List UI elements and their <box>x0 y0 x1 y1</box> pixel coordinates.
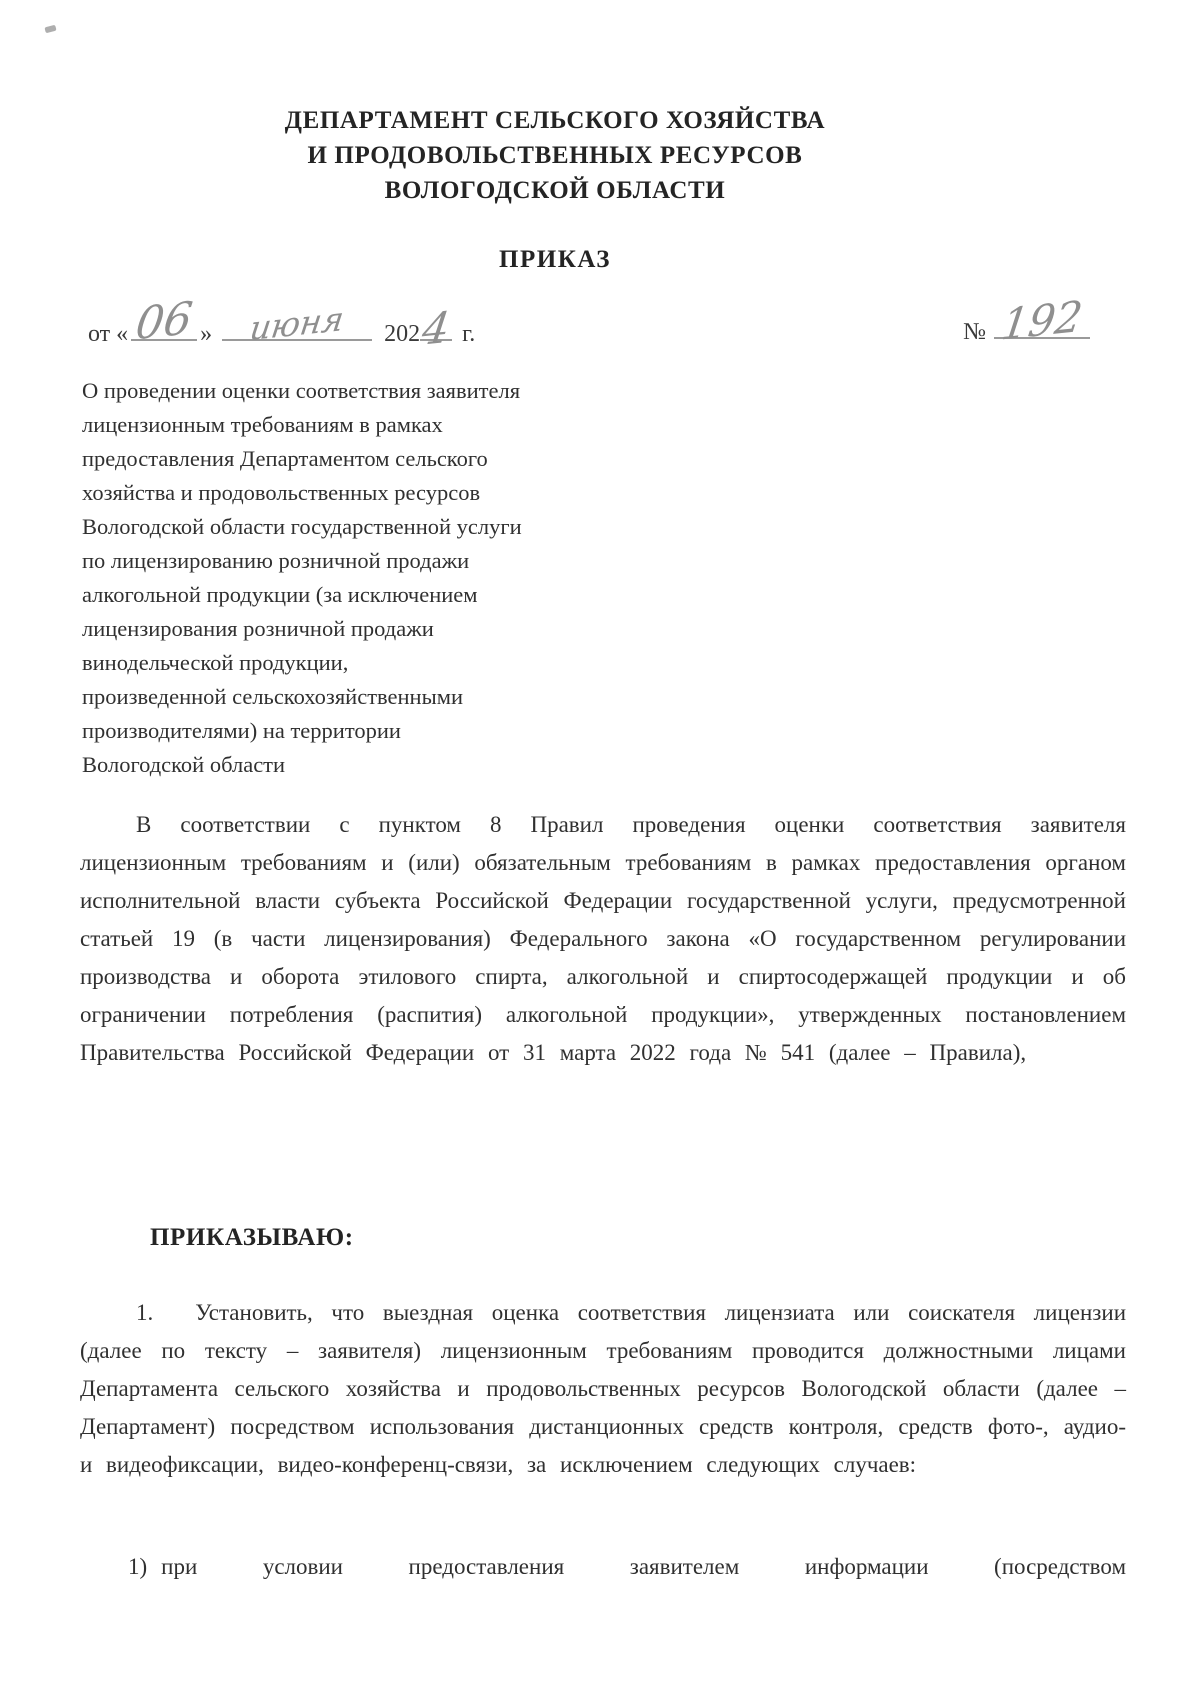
subject-line: предоставления Департаментом сельского <box>82 442 722 476</box>
year-blank-line: 4 <box>420 315 452 341</box>
scan-artifact-mark <box>44 25 56 34</box>
subject-line: алкогольной продукции (за исключением <box>82 578 722 612</box>
order-item-1-number: 1. <box>136 1300 153 1325</box>
order-subitem-1-number: 1) <box>128 1554 147 1579</box>
subject-line: Вологодской области <box>82 748 722 782</box>
order-subitem-1: 1)при условии предоставления заявителем … <box>80 1548 1126 1586</box>
decree-word: ПРИКАЗЫВАЮ: <box>150 1224 354 1252</box>
subject-line: хозяйства и продовольственных ресурсов <box>82 476 722 510</box>
day-blank-line: 06 <box>131 315 197 341</box>
date-and-number-row: от «06»июня2024г. №192 <box>88 292 1136 356</box>
document-number-group: №192 <box>963 313 1090 346</box>
organization-name: ДЕПАРТАМЕНТ СЕЛЬСКОГО ХОЗЯЙСТВА И ПРОДОВ… <box>80 103 1030 208</box>
order-item-1: 1.Установить, что выездная оценка соотве… <box>80 1294 1126 1484</box>
handwritten-year-digit: 4 <box>419 302 453 355</box>
subject-line: О проведении оценки соответствия заявите… <box>82 374 722 408</box>
scanned-order-page: ДЕПАРТАМЕНТ СЕЛЬСКОГО ХОЗЯЙСТВА И ПРОДОВ… <box>0 0 1200 1697</box>
month-blank-line: июня <box>222 315 372 341</box>
number-blank-line: 192 <box>994 313 1090 339</box>
subject-line: лицензирования розничной продажи <box>82 612 722 646</box>
organization-name-line-3: ВОЛОГОДСКОЙ ОБЛАСТИ <box>80 173 1030 208</box>
document-type-title: ПРИКАЗ <box>80 246 1030 274</box>
preamble-paragraph: В соответствии с пунктом 8 Правил провед… <box>80 806 1126 1072</box>
subject-line: производителями) на территории <box>82 714 722 748</box>
year-suffix-label: г. <box>462 321 475 347</box>
date-prefix-label: от « <box>88 321 128 347</box>
subject-line: произведенной сельскохозяйственными <box>82 680 722 714</box>
date-closing-quote: » <box>200 321 212 347</box>
handwritten-day: 06 <box>133 293 196 351</box>
subject-line: Вологодской области государственной услу… <box>82 510 722 544</box>
handwritten-document-number: 192 <box>999 291 1086 349</box>
number-sign: № <box>963 319 986 345</box>
date-group: от «06»июня2024г. <box>88 315 475 348</box>
subject-line: по лицензированию розничной продажи <box>82 544 722 578</box>
order-item-1-text: Установить, что выездная оценка соответс… <box>80 1300 1126 1477</box>
subject-line: лицензионным требованиям в рамках <box>82 408 722 442</box>
handwritten-month: июня <box>248 299 347 349</box>
subject-paragraph: О проведении оценки соответствия заявите… <box>82 374 722 782</box>
year-printed-digits: 202 <box>384 321 420 347</box>
subject-line: винодельческой продукции, <box>82 646 722 680</box>
organization-name-line-1: ДЕПАРТАМЕНТ СЕЛЬСКОГО ХОЗЯЙСТВА <box>80 103 1030 138</box>
organization-name-line-2: И ПРОДОВОЛЬСТВЕННЫХ РЕСУРСОВ <box>80 138 1030 173</box>
order-subitem-1-text: при условии предоставления заявителем ин… <box>161 1554 1126 1579</box>
